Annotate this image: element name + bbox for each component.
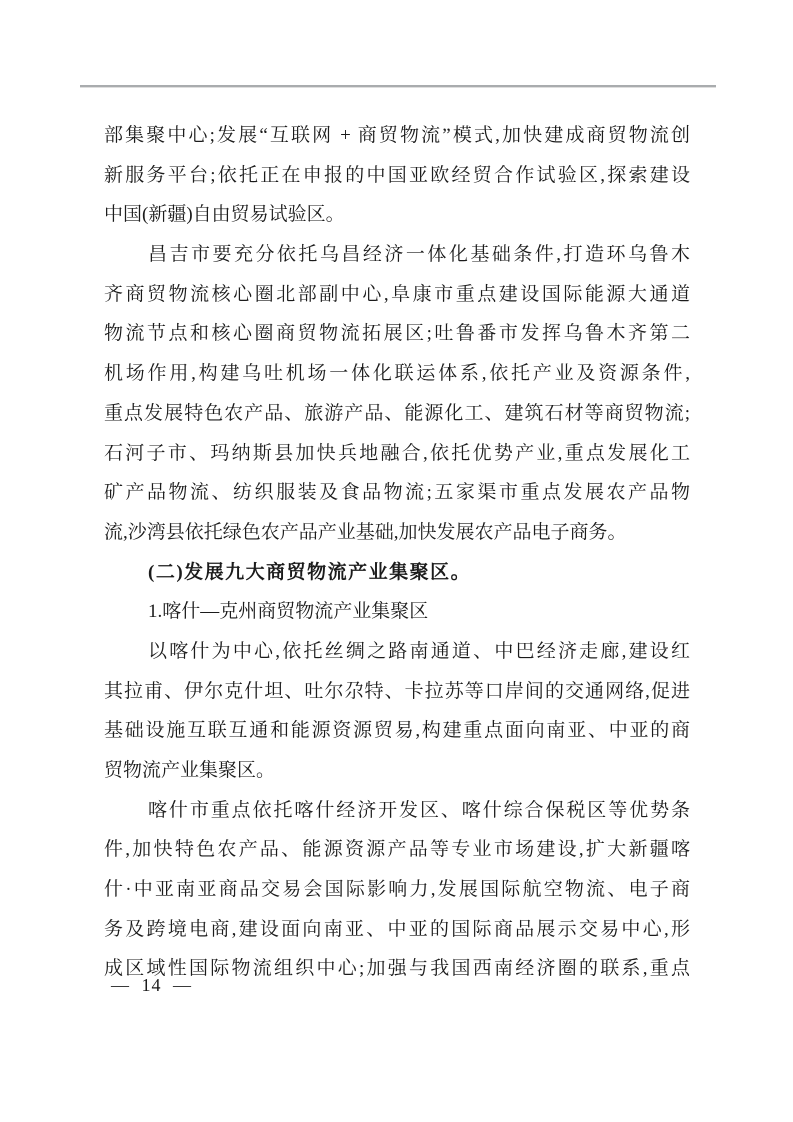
page-number: — 14 — xyxy=(111,975,192,996)
document-page: 部集聚中心;发展“互联网 + 商贸物流”模式,加快建成商贸物流创 新服务平台;依… xyxy=(0,0,793,1122)
text-line: 其拉甫、伊尔克什坦、吐尔尕特、卡拉苏等口岸间的交通网络,促进 xyxy=(104,672,690,712)
text-line: 矿产品物流、纺织服装及食品物流;五家渠市重点发展农产品物 xyxy=(104,473,690,513)
text-line: 流,沙湾县依托绿色农产品产业基础,加快发展农产品电子商务。 xyxy=(104,513,690,553)
text-line: 贸物流产业集聚区。 xyxy=(104,751,690,791)
text-line: 部集聚中心;发展“互联网 + 商贸物流”模式,加快建成商贸物流创 xyxy=(104,116,690,156)
text-line: 什·中亚南亚商品交易会国际影响力,发展国际航空物流、电子商 xyxy=(104,870,690,910)
subsection-heading: 1.喀什—克州商贸物流产业集聚区 xyxy=(104,592,690,632)
text-line: 昌吉市要充分依托乌昌经济一体化基础条件,打造环乌鲁木 xyxy=(104,235,690,275)
text-line: 物流节点和核心圈商贸物流拓展区;吐鲁番市发挥乌鲁木齐第二 xyxy=(104,314,690,354)
text-line: 重点发展特色农产品、旅游产品、能源化工、建筑石材等商贸物流; xyxy=(104,394,690,434)
text-line: 基础设施互联互通和能源资源贸易,构建重点面向南亚、中亚的商 xyxy=(104,711,690,751)
text-line: 机场作用,构建乌吐机场一体化联运体系,依托产业及资源条件, xyxy=(104,354,690,394)
text-line: 喀什市重点依托喀什经济开发区、喀什综合保税区等优势条 xyxy=(104,791,690,831)
text-line: 石河子市、玛纳斯县加快兵地融合,依托优势产业,重点发展化工 xyxy=(104,434,690,474)
header-rule xyxy=(80,85,716,88)
text-line: 以喀什为中心,依托丝绸之路南通道、中巴经济走廊,建设红 xyxy=(104,632,690,672)
text-line: 齐商贸物流核心圈北部副中心,阜康市重点建设国际能源大通道 xyxy=(104,275,690,315)
text-line: 中国(新疆)自由贸易试验区。 xyxy=(104,195,690,235)
document-body: 部集聚中心;发展“互联网 + 商贸物流”模式,加快建成商贸物流创 新服务平台;依… xyxy=(104,116,690,989)
text-line: 件,加快特色农产品、能源资源产品等专业市场建设,扩大新疆喀 xyxy=(104,830,690,870)
text-line: 务及跨境电商,建设面向南亚、中亚的国际商品展示交易中心,形 xyxy=(104,910,690,950)
section-heading: (二)发展九大商贸物流产业集聚区。 xyxy=(104,553,690,593)
text-line: 新服务平台;依托正在申报的中国亚欧经贸合作试验区,探索建设 xyxy=(104,156,690,196)
